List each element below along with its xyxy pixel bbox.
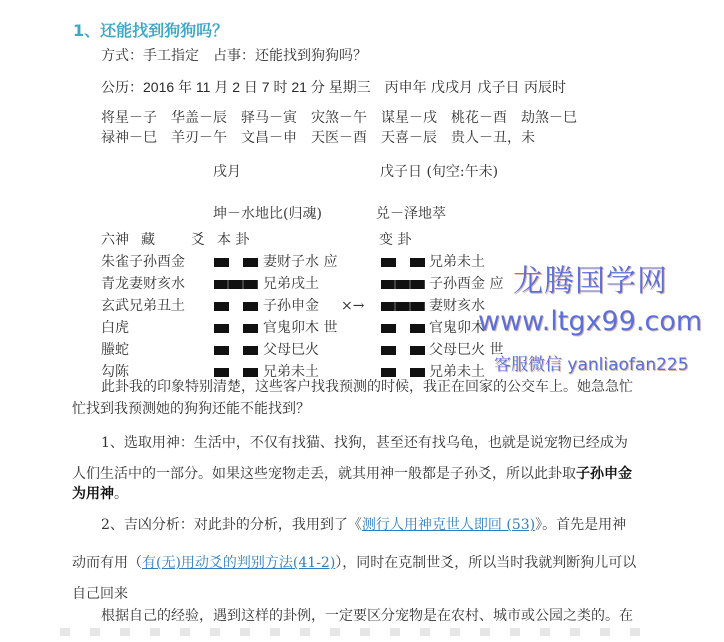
article-link-53[interactable]: 测行人用神克世人即回 (53) xyxy=(362,517,535,533)
ben-gua-name: 坤－水地比(归魂) xyxy=(213,203,322,223)
shensha-item: 天医－酉 xyxy=(311,127,367,147)
paragraph-text: 。 xyxy=(114,486,128,502)
shensha-item: 将星－子 xyxy=(101,107,157,127)
ben-relation: 父母巳火 xyxy=(263,339,319,361)
shensha-row-2: 禄神－巳羊刃－午文昌－申天医－酉天喜－辰贵人－丑，未 xyxy=(101,127,549,147)
moving-arrow-icon: ×→ xyxy=(341,295,364,317)
hidden-spirit: 子孙酉金 xyxy=(129,251,185,273)
paragraph-1-line-2: 忙找到我预测她的狗狗还能不能找到？ xyxy=(72,398,310,418)
paragraph-4-line-1: 动而有用（有(无)用动爻的判别方法(41-2)），同时在克制世爻，所以当时我就判… xyxy=(72,552,636,572)
shensha-item: 天喜－辰 xyxy=(381,127,437,147)
yin-line-icon xyxy=(214,258,258,267)
section-heading: 1、还能找到狗狗吗？ xyxy=(73,18,228,41)
yang-line-icon xyxy=(381,302,425,311)
header-yao: 爻 xyxy=(191,229,205,251)
shensha-item: 文昌－申 xyxy=(241,127,297,147)
paragraph-2-line-1: 1、选取用神：生活中，不仅有找猫、找狗，甚至还有找乌龟，也就是说宠物已经成为 xyxy=(101,432,628,452)
paragraph-text: ），同时在克制世爻，所以当时我就判断狗儿可以 xyxy=(335,555,636,571)
watermark-contact: 客服微信 yanliaofan225 xyxy=(494,350,689,375)
paragraph-2-line-2: 人们生活中的一部分。如果这些宠物走丢，就其用神一般都是子孙爻，所以此卦取子孙申金 xyxy=(72,463,632,483)
paragraph-4-line-2: 自己回来 xyxy=(72,583,128,603)
yang-line-icon xyxy=(381,280,425,289)
shensha-item: 桃花－酉 xyxy=(451,107,507,127)
shensha-item: 劫煞－巳 xyxy=(521,107,577,127)
shensha-row-1: 将星－子华盖－辰驿马－寅灾煞－午谋星－戌桃花－酉劫煞－巳 xyxy=(101,107,591,127)
shensha-item: 羊刃－午 xyxy=(171,127,227,147)
paragraph-5-line-1: 根据自己的经验，遇到这样的卦例，一定要区分宠物是在农村、城市或公园之类的。在 xyxy=(101,605,633,625)
bian-relation: 子孙酉金 应 xyxy=(429,273,503,295)
ben-relation: 兄弟戌土 xyxy=(263,273,319,295)
yin-line-icon xyxy=(381,258,425,267)
header-ben-gua: 本 卦 xyxy=(217,229,249,251)
method-line: 方式：手工指定 占事：还能找到狗狗吗？ xyxy=(101,45,367,65)
header-six-gods: 六神 xyxy=(101,229,129,251)
yang-line-icon xyxy=(214,280,258,289)
paragraph-text: 动而有用（ xyxy=(72,555,142,571)
paragraph-3: 2、吉凶分析：对此卦的分析，我用到了《测行人用神克世人即回 (53)》。首先是用… xyxy=(101,514,626,534)
yin-line-icon xyxy=(381,346,425,355)
paragraph-text: 》。首先是用神 xyxy=(535,517,626,533)
ben-relation: 妻财子水 应 xyxy=(263,251,337,273)
yin-line-icon xyxy=(381,324,425,333)
day-label: 戊子日 (旬空:午未) xyxy=(380,161,498,181)
shensha-item: 华盖－辰 xyxy=(171,107,227,127)
shensha-item: 禄神－巳 xyxy=(101,127,157,147)
six-god: 青龙 xyxy=(101,273,129,295)
bian-relation: 兄弟未土 xyxy=(429,251,485,273)
emphasis-text: 子孙申金 xyxy=(576,466,632,482)
paragraph-text: 人们生活中的一部分。如果这些宠物走丢，就其用神一般都是子孙爻，所以此卦取 xyxy=(72,466,576,482)
emphasis-text: 为用神 xyxy=(72,486,114,502)
hidden-spirit: 妻财亥水 xyxy=(129,273,185,295)
paragraph-2-line-3: 为用神。 xyxy=(72,483,128,503)
ben-relation: 子孙申金 xyxy=(263,295,319,317)
watermark-site-name: 龙腾国学网 xyxy=(513,256,668,300)
paragraph-1-line-1: 此卦我的印象特别清楚，这些客户找我预测的时候，我正在回家的公交车上。她急急忙 xyxy=(101,376,633,396)
six-god: 朱雀 xyxy=(101,251,129,273)
shensha-item: 驿马－寅 xyxy=(241,107,297,127)
bian-relation: 妻财亥水 xyxy=(429,295,485,317)
header-hidden: 藏 xyxy=(141,229,155,251)
header-bian-gua: 变 卦 xyxy=(379,229,411,251)
ben-relation: 官鬼卯木 世 xyxy=(263,317,337,339)
article-link-41-2[interactable]: 有(无)用动爻的判别方法(41-2) xyxy=(142,555,335,571)
shensha-item: 贵人－丑，未 xyxy=(451,127,535,147)
watermark-url: www.ltgx99.com xyxy=(478,306,702,337)
yin-line-icon xyxy=(214,302,258,311)
six-god: 玄武 xyxy=(101,295,129,317)
yin-line-icon xyxy=(214,324,258,333)
shensha-item: 灾煞－午 xyxy=(311,107,367,127)
six-god: 螣蛇 xyxy=(101,339,129,361)
cut-off-text-line xyxy=(60,628,660,636)
bian-gua-name: 兑－泽地萃 xyxy=(376,203,446,223)
yin-line-icon xyxy=(214,346,258,355)
date-line: 公历：2016 年 11 月 2 日 7 时 21 分 星期三 丙申年 戊戌月 … xyxy=(101,77,566,97)
solar-date: 公历：2016 年 11 月 2 日 7 时 21 分 星期三 xyxy=(101,79,371,95)
bian-relation: 官鬼卯木 xyxy=(429,317,485,339)
shensha-item: 谋星－戌 xyxy=(381,107,437,127)
hidden-spirit: 兄弟丑土 xyxy=(129,295,185,317)
month-label: 戌月 xyxy=(213,161,241,181)
paragraph-text: 2、吉凶分析：对此卦的分析，我用到了《 xyxy=(101,517,362,533)
ganzhi-date: 丙申年 戊戌月 戊子日 丙辰时 xyxy=(385,80,566,96)
bian-relation: 父母巳火 世 xyxy=(429,339,503,361)
six-god: 白虎 xyxy=(101,317,129,339)
